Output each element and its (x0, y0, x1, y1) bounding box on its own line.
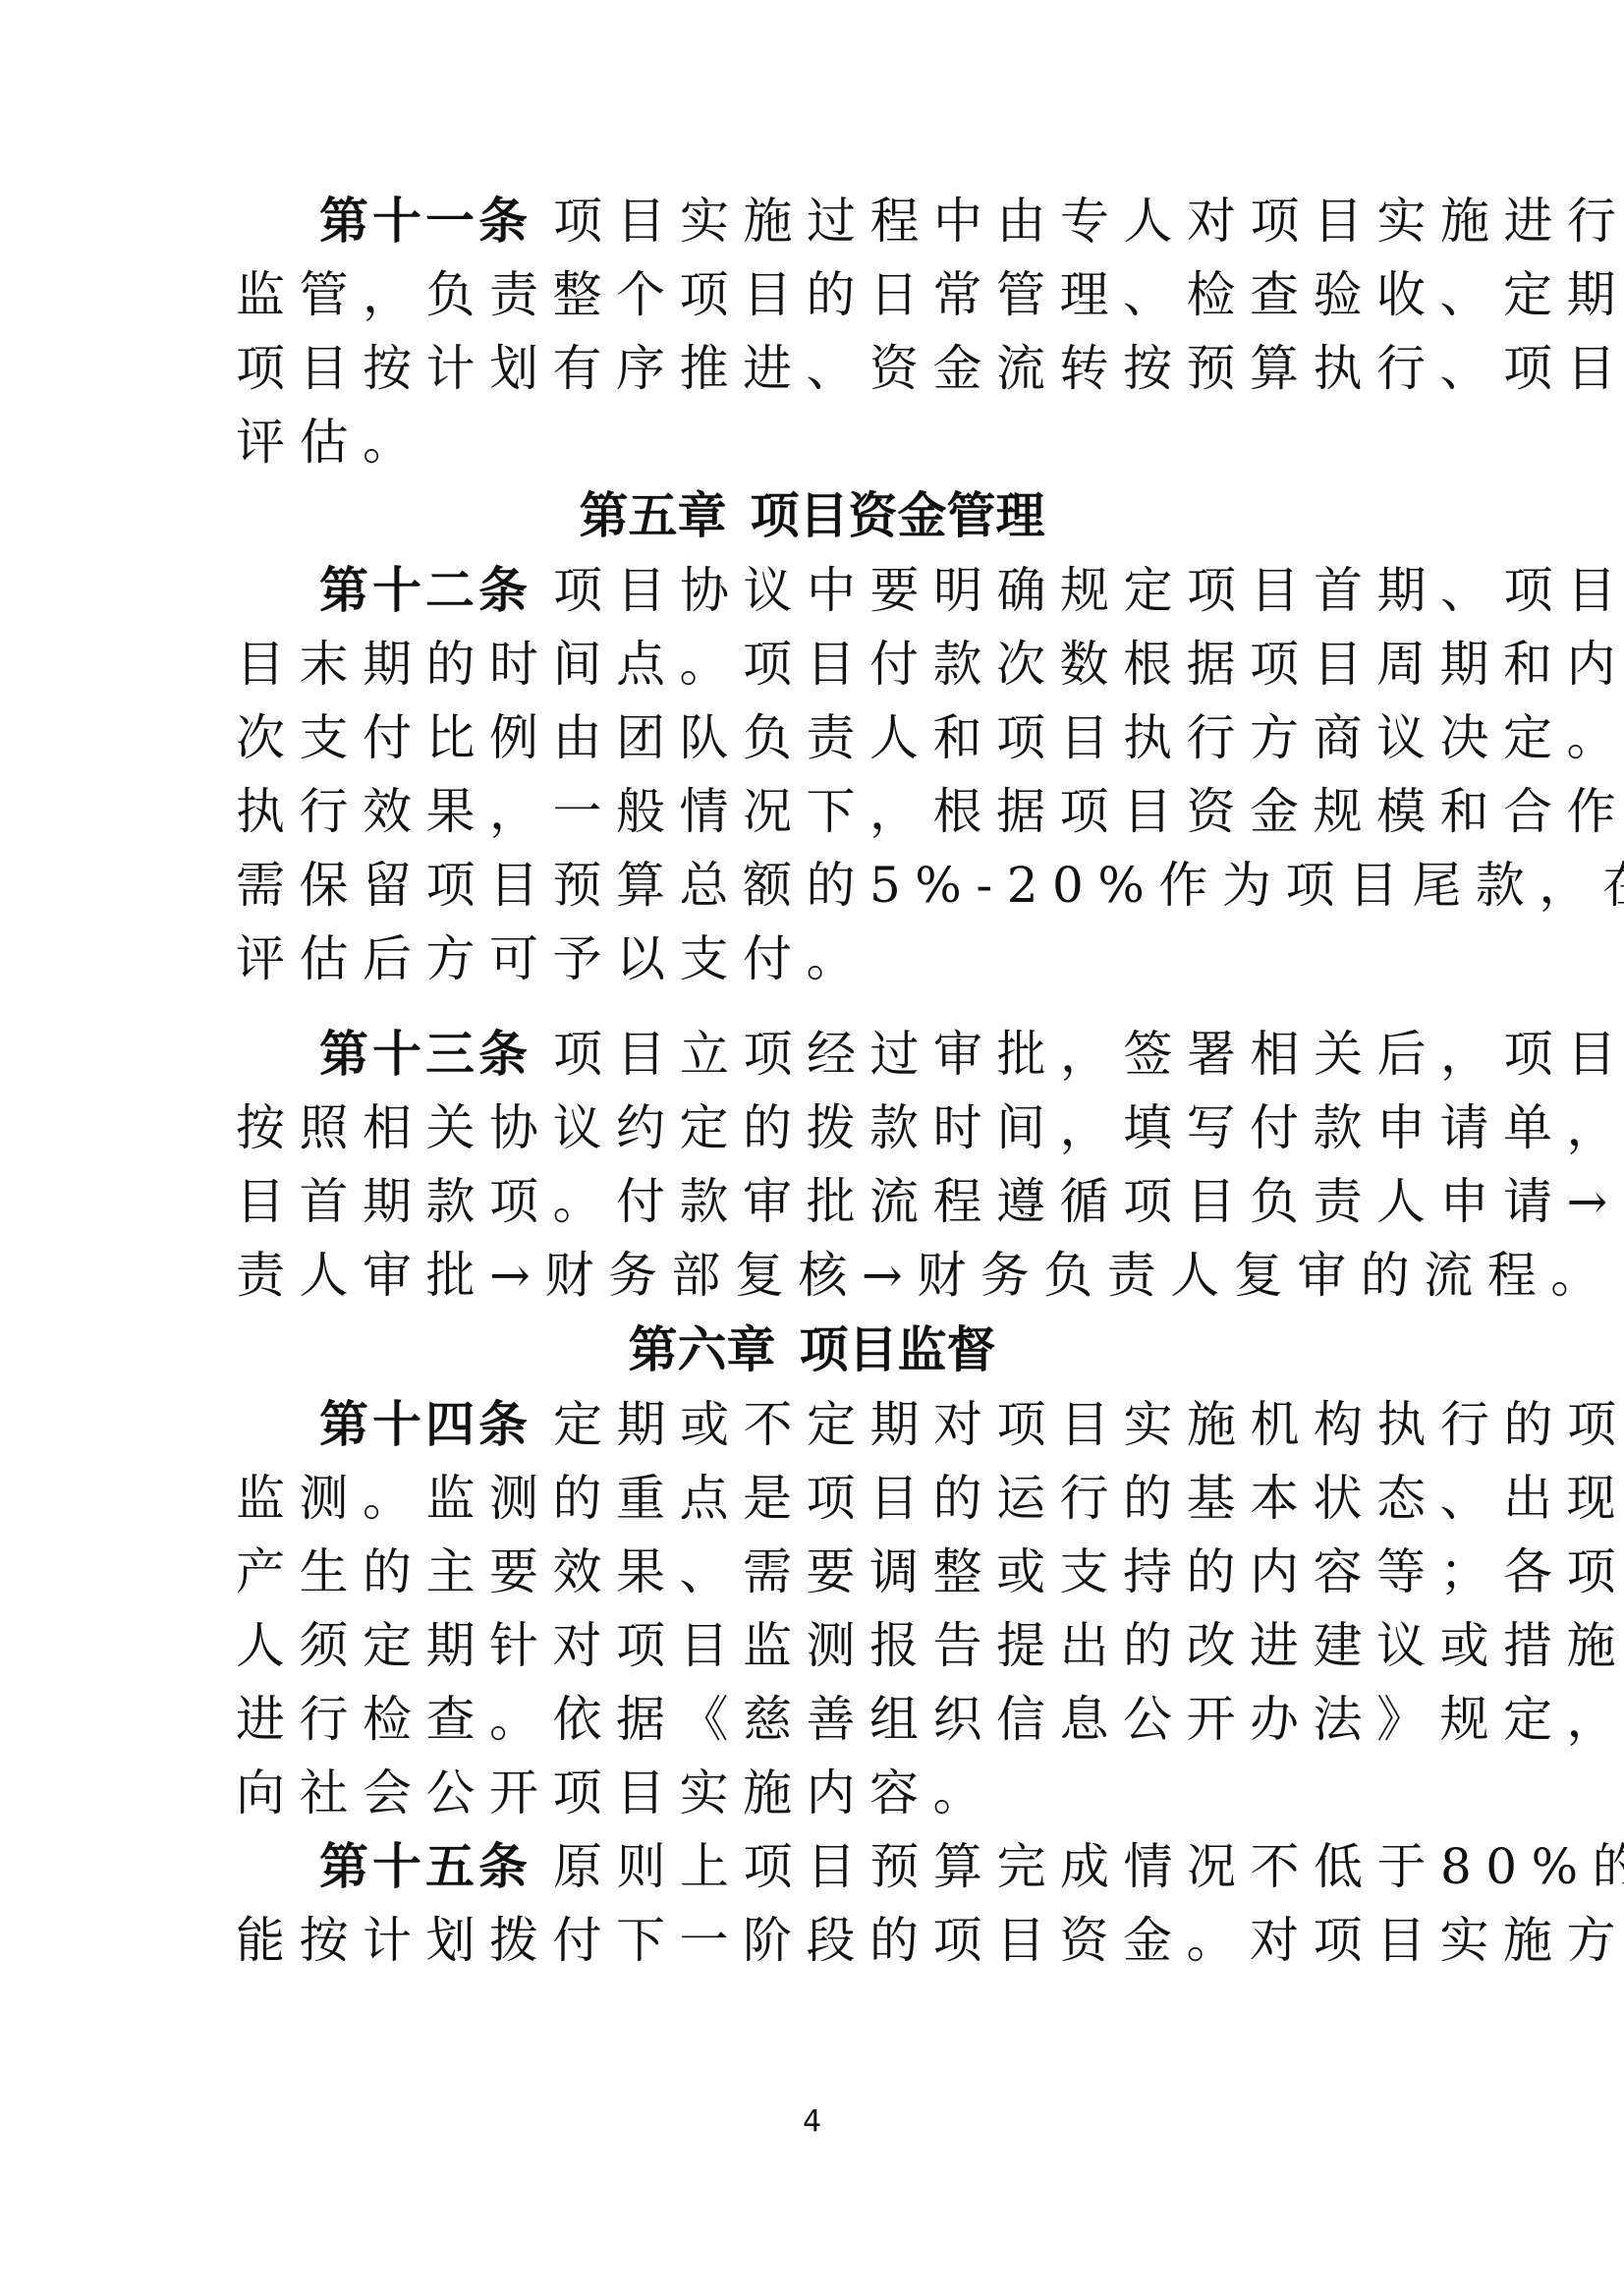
article-14-text-line-4: 人须定期针对项目监测报告提出的改进建议或措施的执行情况 (236, 1608, 1395, 1683)
chapter-5-number: 第五章 (580, 487, 727, 544)
article-14-text-line-5: 进行检查。依据《慈善组织信息公开办法》规定，在信息平台 (236, 1682, 1395, 1757)
chapter-6-heading: 第六章项目监督 (0, 1313, 1624, 1387)
article-15-text-line-1: 原则上项目预算完成情况不低于80%的项目，才 (553, 1838, 1624, 1895)
article-15-text-line-2: 能按计划拨付下一阶段的项目资金。对项目实施方无故拖延项 (236, 1903, 1395, 1978)
article-12-text-line-5: 需保留项目预算总额的5%-20%作为项目尾款，在项目结束验收 (236, 848, 1395, 923)
article-14-text-line-3: 产生的主要效果、需要调整或支持的内容等；各项目团队负责 (236, 1535, 1395, 1609)
article-14-text-line-1: 定期或不定期对项目实施机构执行的项目进行 (553, 1396, 1624, 1453)
article-15-label: 第十五条 (319, 1838, 532, 1895)
article-11-text-line-2: 监管，负责整个项目的日常管理、检查验收、定期汇报，确保 (236, 257, 1395, 332)
chapter-5-title: 项目资金管理 (751, 487, 1045, 544)
article-15-first-line: 第十五条原则上项目预算完成情况不低于80%的项目，才 (319, 1829, 1479, 1904)
article-12-text-line-2: 目末期的时间点。项目付款次数根据项目周期和内容确定。首 (236, 627, 1395, 701)
chapter-5-heading: 第五章项目资金管理 (0, 478, 1624, 553)
article-14-text-line-6: 向社会公开项目实施内容。 (236, 1756, 1395, 1830)
article-11-text-line-3: 项目按计划有序推进、资金流转按预算执行、项目效果按绩效 (236, 331, 1395, 406)
article-12-text-line-4: 执行效果，一般情况下，根据项目资金规模和合作机构规模， (236, 774, 1395, 849)
article-11-text-line-1: 项目实施过程中由专人对项目实施进行全过程 (553, 193, 1624, 250)
document-page: 第十一条项目实施过程中由专人对项目实施进行全过程 监管，负责整个项目的日常管理、… (0, 0, 1624, 2296)
article-12-text-line-6: 评估后方可予以支付。 (236, 922, 1395, 996)
article-13-first-line: 第十三条项目立项经过审批，签署相关后，项目负责人可 (319, 1017, 1479, 1092)
article-12-first-line: 第十二条项目协议中要明确规定项目首期、项目中期和项 (319, 553, 1479, 628)
article-14-first-line: 第十四条定期或不定期对项目实施机构执行的项目进行 (319, 1387, 1479, 1462)
article-14-label: 第十四条 (319, 1396, 532, 1453)
article-14-text-line-2: 监测。监测的重点是项目的运行的基本状态、出现的主要问题、 (236, 1461, 1395, 1536)
article-13-text-line-3: 目首期款项。付款审批流程遵循项目负责人申请→项目部门负 (236, 1164, 1395, 1239)
article-11-text-line-4: 评估。 (236, 405, 1395, 479)
article-12-text-line-1: 项目协议中要明确规定项目首期、项目中期和项 (553, 562, 1624, 619)
page-number: 4 (0, 2102, 1624, 2142)
article-11-label: 第十一条 (319, 193, 532, 250)
article-13-text-line-2: 按照相关协议约定的拨款时间，填写付款申请单，申请支付项 (236, 1091, 1395, 1165)
article-12-text-line-3: 次支付比例由团队负责人和项目执行方商议决定。为确保项目 (236, 700, 1395, 775)
article-13-label: 第十三条 (319, 1026, 532, 1083)
article-13-text-line-1: 项目立项经过审批，签署相关后，项目负责人可 (553, 1026, 1624, 1083)
chapter-6-title: 项目监督 (800, 1321, 996, 1378)
article-12-label: 第十二条 (319, 562, 532, 619)
article-13-text-line-4: 责人审批→财务部复核→财务负责人复审的流程。 (236, 1238, 1395, 1313)
article-11-first-line: 第十一条项目实施过程中由专人对项目实施进行全过程 (319, 184, 1479, 258)
chapter-6-number: 第六章 (629, 1321, 776, 1378)
